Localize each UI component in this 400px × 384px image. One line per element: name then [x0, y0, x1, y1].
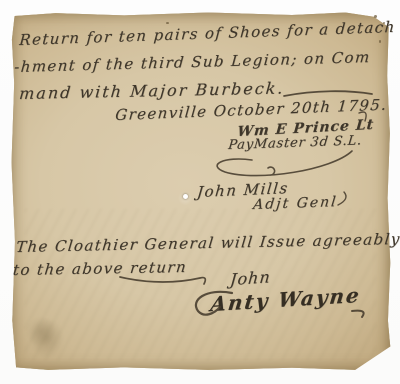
endorsement-line-2: to the above return — [12, 258, 188, 279]
endorsement-name-john: John — [229, 267, 271, 289]
scanned-document-scene: Return for ten pairs of Shoes for a deta… — [0, 0, 400, 384]
signature-mills-title: Adjt Genl — [252, 194, 338, 213]
foxing-speck — [166, 22, 169, 24]
paper-hole — [183, 194, 188, 199]
foxing-speck — [379, 40, 381, 43]
stain-smudge — [30, 318, 64, 358]
